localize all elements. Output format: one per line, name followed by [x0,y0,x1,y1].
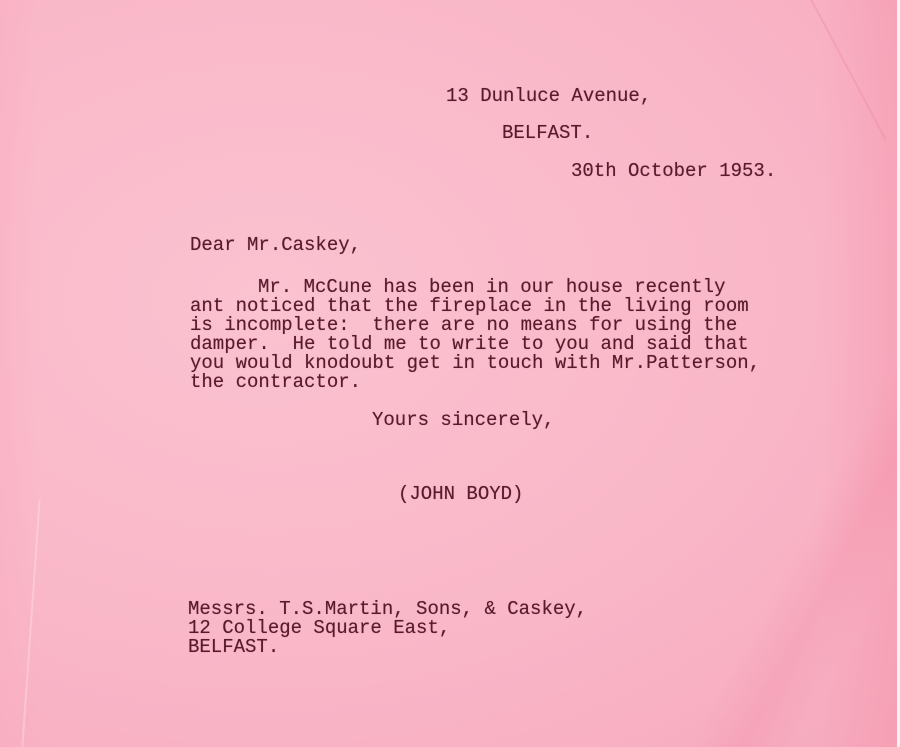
sender-street: 13 Dunluce Avenue, [446,87,651,106]
body-line: the contractor. [190,373,361,392]
signature: (JOHN BOYD) [398,485,523,504]
paper-crease [21,500,40,747]
paper-fold-crease [805,0,887,140]
letter-paper: 13 Dunluce Avenue, BELFAST. 30th October… [0,0,897,747]
letter-date: 30th October 1953. [571,162,776,181]
salutation: Dear Mr.Caskey, [190,236,361,255]
recipient-line: BELFAST. [188,638,279,657]
closing: Yours sincerely, [372,411,554,430]
sender-city: BELFAST. [502,124,593,143]
